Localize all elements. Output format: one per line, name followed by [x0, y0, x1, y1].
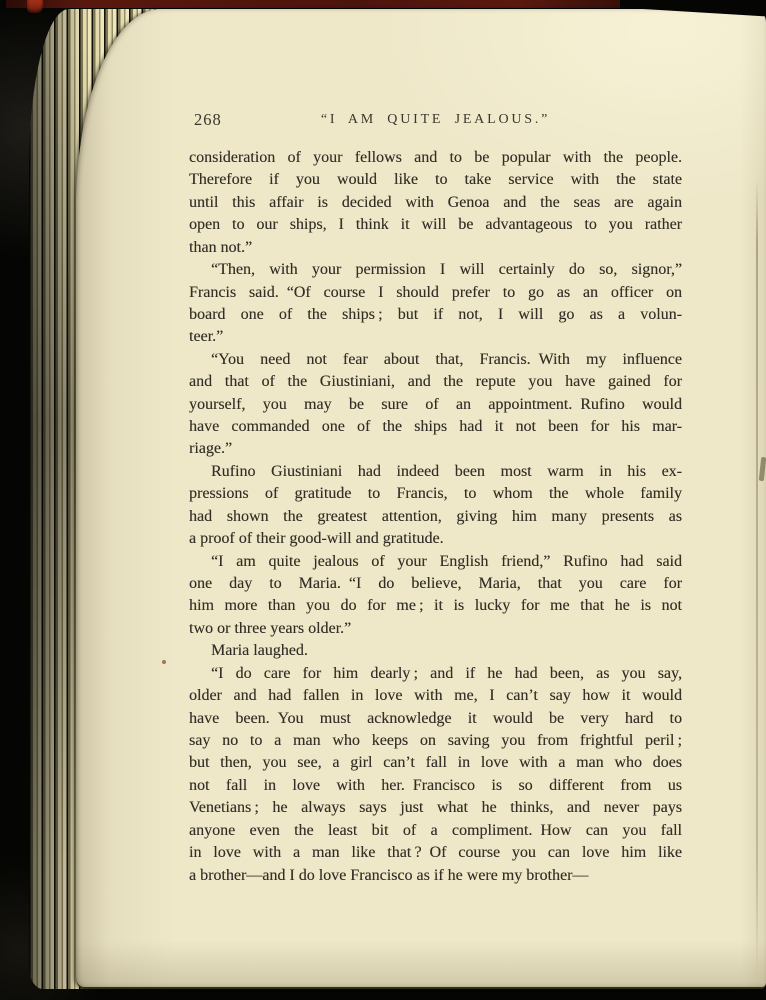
text-line: yourself, you may be sure of an appointm… — [189, 394, 682, 416]
paragraph: “Then, with your permission I will certa… — [189, 259, 682, 349]
text-line: “Then, with your permission I will certa… — [189, 259, 682, 281]
page-header: 268 “I AM QUITE JEALOUS.” — [189, 110, 682, 134]
page-edge-notch — [759, 457, 766, 481]
text-line: have been. You must acknowledge it would… — [189, 708, 682, 730]
text-line: teer.” — [189, 326, 682, 348]
text-line: board one of the ships ; but if not, I w… — [189, 304, 682, 326]
paragraph: consideration of your fellows and to be … — [189, 147, 682, 259]
body-text: consideration of your fellows and to be … — [189, 147, 682, 887]
page-crease — [756, 179, 758, 979]
text-line: pressions of gratitude to Francis, to wh… — [189, 483, 682, 505]
text-line: have commanded one of the ships had it n… — [189, 416, 682, 438]
text-line: say no to a man who keeps on saving you … — [189, 730, 682, 752]
ink-speck — [162, 660, 166, 664]
text-line: but then, you see, a girl can’t fall in … — [189, 752, 682, 774]
text-line: until this affair is decided with Genoa … — [189, 192, 682, 214]
paragraph: “I am quite jealous of your English frie… — [189, 551, 682, 641]
text-line: Francis said. “Of course I should prefer… — [189, 282, 682, 304]
text-line: Venetians ; he always says just what he … — [189, 797, 682, 819]
text-line: him more than you do for me ; it is luck… — [189, 595, 682, 617]
text-line: “I do care for him dearly ; and if he ha… — [189, 663, 682, 685]
text-line: in love with a man like that ? Of course… — [189, 842, 682, 864]
text-line: riage.” — [189, 438, 682, 460]
text-line: older and had fallen in love with me, I … — [189, 685, 682, 707]
text-line: consideration of your fellows and to be … — [189, 147, 682, 169]
text-line: not fall in love with her. Francisco is … — [189, 775, 682, 797]
text-line: and that of the Giustiniani, and the rep… — [189, 371, 682, 393]
book-cover-top-edge — [6, 0, 648, 8]
paragraph: Maria laughed. — [189, 640, 682, 662]
text-line: two or three years older.” — [189, 618, 682, 640]
text-line: “I am quite jealous of your English frie… — [189, 551, 682, 573]
text-line: “You need not fear about that, Francis. … — [189, 349, 682, 371]
text-line: a proof of their good-will and gratitude… — [189, 528, 682, 550]
text-line: one day to Maria. “I do believe, Maria, … — [189, 573, 682, 595]
text-line: than not.” — [189, 237, 682, 259]
paragraph: “You need not fear about that, Francis. … — [189, 349, 682, 461]
text-line: anyone even the least bit of a complimen… — [189, 820, 682, 842]
text-line: Maria laughed. — [189, 640, 682, 662]
text-line: a brother—and I do love Francisco as if … — [189, 865, 682, 887]
text-line: open to our ships, I think it will be ad… — [189, 214, 682, 236]
book-scan: 268 “I AM QUITE JEALOUS.” consideration … — [0, 0, 766, 1000]
text-line: Rufino Giustiniani had indeed been most … — [189, 461, 682, 483]
running-head: “I AM QUITE JEALOUS.” — [189, 112, 682, 128]
book-page: 268 “I AM QUITE JEALOUS.” consideration … — [76, 9, 766, 989]
paragraph: “I do care for him dearly ; and if he ha… — [189, 663, 682, 887]
text-line: had shown the greatest attention, giving… — [189, 506, 682, 528]
text-line: Therefore if you would like to take serv… — [189, 169, 682, 191]
paragraph: Rufino Giustiniani had indeed been most … — [189, 461, 682, 551]
